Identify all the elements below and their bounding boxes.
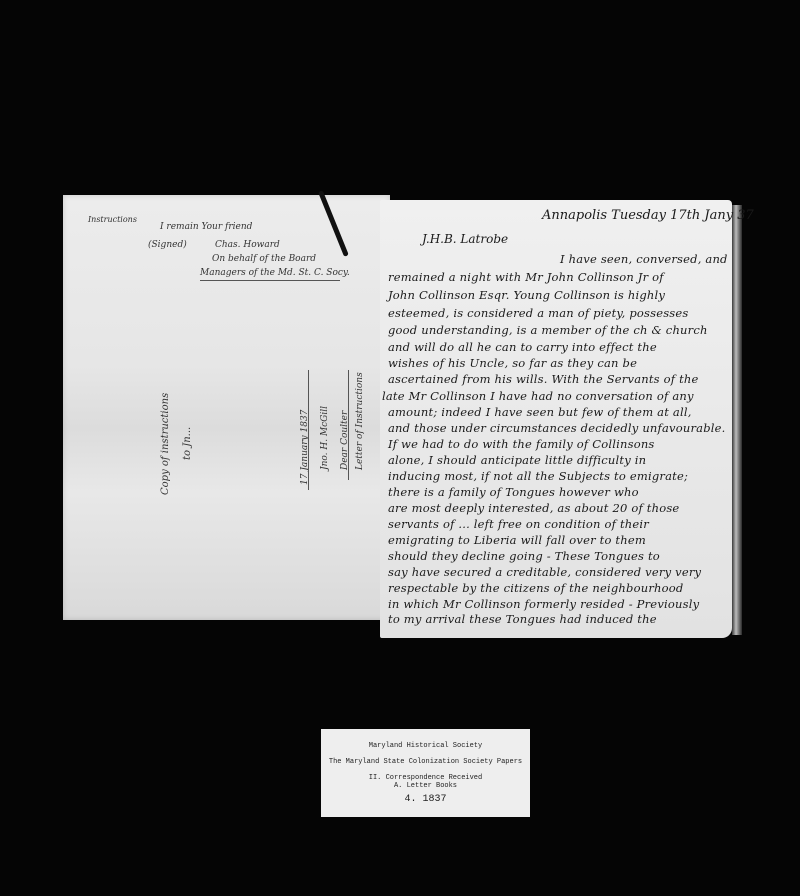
body-line: ascertained from his wills. With the Ser… xyxy=(388,372,699,386)
label-subseries: A. Letter Books xyxy=(321,782,530,790)
instructions-note: Copy of instructions xyxy=(160,393,171,495)
salutation: J.H.B. Latrobe xyxy=(422,232,508,246)
docket-rule-2 xyxy=(348,370,349,480)
body-line: and will do all he can to carry into eff… xyxy=(388,340,657,354)
body-line: esteemed, is considered a man of piety, … xyxy=(388,306,689,320)
closing-line-4: Managers of the Md. St. C. Socy. xyxy=(200,268,350,278)
archive-label-card: Maryland Historical Society The Maryland… xyxy=(321,729,530,817)
body-line: If we had to do with the family of Colli… xyxy=(388,437,655,451)
body-line: John Collinson Esqr. Young Collinson is … xyxy=(388,288,665,302)
docket-rule xyxy=(308,370,309,490)
book-spine xyxy=(732,205,742,635)
body-line: there is a family of Tongues however who xyxy=(388,485,639,499)
label-collection: The Maryland State Colonization Society … xyxy=(321,758,530,766)
closing-line-3: On behalf of the Board xyxy=(212,254,316,264)
body-line: respectable by the citizens of the neigh… xyxy=(388,581,683,595)
body-line: say have secured a creditable, considere… xyxy=(388,565,701,579)
docket-line-4: Letter of Instructions xyxy=(355,372,365,470)
body-line: I have seen, conversed, and xyxy=(560,252,728,266)
body-line: and those under circumstances decidedly … xyxy=(388,421,726,435)
body-line: remained a night with Mr John Collinson … xyxy=(388,270,664,284)
body-line: alone, I should anticipate little diffic… xyxy=(388,453,646,467)
body-line: are most deeply interested, as about 20 … xyxy=(388,501,679,515)
body-line: in which Mr Collinson formerly resided -… xyxy=(388,597,699,611)
body-line: wishes of his Uncle, so far as they can … xyxy=(388,356,637,370)
signature-rule xyxy=(200,280,340,281)
body-line: good understanding, is a member of the c… xyxy=(388,323,708,337)
body-line: late Mr Collinson I have had no conversa… xyxy=(382,389,694,403)
instructions-note-2: to Jn... xyxy=(182,427,193,460)
closing-line: I remain Your friend xyxy=(160,222,252,232)
body-line: to my arrival these Tongues had induced … xyxy=(388,612,657,626)
body-line: amount; indeed I have seen but few of th… xyxy=(388,405,692,419)
label-series: II. Correspondence Received xyxy=(321,774,530,782)
dateline: Annapolis Tuesday 17th Jany 37 xyxy=(542,208,754,223)
label-volume: 4. 1837 xyxy=(321,794,530,805)
body-line: servants of ... left free on condition o… xyxy=(388,517,649,531)
docket-line-2: Jno. H. McGill xyxy=(320,406,330,470)
signed-label: (Signed) xyxy=(148,240,187,250)
label-institution: Maryland Historical Society xyxy=(321,742,530,750)
body-line: should they decline going - These Tongue… xyxy=(388,549,660,563)
endorsement-label: Instructions xyxy=(88,215,137,224)
body-line: inducing most, if not all the Subjects t… xyxy=(388,469,688,483)
signer-name: Chas. Howard xyxy=(215,240,280,250)
body-line: emigrating to Liberia will fall over to … xyxy=(388,533,646,547)
